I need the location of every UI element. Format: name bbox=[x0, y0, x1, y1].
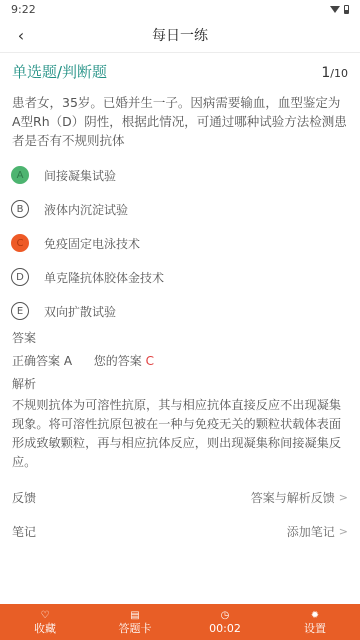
option-e[interactable]: E 双向扩散试验 bbox=[0, 294, 360, 328]
notes-action: 添加笔记 bbox=[287, 523, 335, 540]
page-title: 每日一练 bbox=[152, 25, 208, 45]
chevron-right-icon: > bbox=[339, 491, 348, 504]
feedback-row[interactable]: 反馈 答案与解析反馈 > bbox=[0, 480, 360, 514]
tab-label: 收藏 bbox=[34, 622, 56, 635]
question-current: 1 bbox=[321, 65, 330, 81]
feedback-link[interactable]: 答案与解析反馈 > bbox=[251, 489, 348, 506]
tab-label: 设置 bbox=[304, 622, 326, 635]
answer-label: 答案 bbox=[0, 328, 360, 348]
status-bar: 9:22 bbox=[0, 0, 360, 18]
status-time: 9:22 bbox=[11, 3, 36, 16]
option-text-a: 间接凝集试验 bbox=[44, 167, 116, 184]
option-a[interactable]: A 间接凝集试验 bbox=[0, 158, 360, 192]
question-counter: 1/10 bbox=[321, 65, 348, 81]
chevron-left-icon: ‹ bbox=[18, 26, 24, 45]
option-text-e: 双向扩散试验 bbox=[44, 303, 116, 320]
option-letter-d: D bbox=[11, 268, 29, 286]
notes-label: 笔记 bbox=[12, 523, 36, 540]
option-letter-c: C bbox=[11, 234, 29, 252]
question-text: 患者女，35岁。已婚并生一子。因病需要输血，血型鉴定为A型Rh（D）阴性，根据此… bbox=[0, 89, 360, 150]
option-text-d: 单克隆抗体胶体金技术 bbox=[44, 269, 164, 286]
option-list: A 间接凝集试验 B 液体内沉淀试验 C 免疫固定电泳技术 D 单克隆抗体胶体金… bbox=[0, 158, 360, 328]
tab-timer[interactable]: ◷ 00:02 bbox=[180, 604, 270, 640]
analysis-text: 不规则抗体为可溶性抗原，其与相应抗体直接反应不出现凝集现象。将可溶性抗原包被在一… bbox=[0, 394, 360, 472]
wifi-icon bbox=[330, 6, 340, 13]
analysis-label: 解析 bbox=[0, 374, 360, 394]
correct-answer-label: 正确答案 bbox=[12, 354, 60, 368]
answer-card-icon: ▤ bbox=[130, 610, 139, 622]
question-header: 单选题/判断题 1/10 bbox=[0, 53, 360, 89]
tab-answer-card[interactable]: ▤ 答题卡 bbox=[90, 604, 180, 640]
feedback-label: 反馈 bbox=[12, 489, 36, 506]
tab-favorite[interactable]: ♡ 收藏 bbox=[0, 604, 90, 640]
option-text-c: 免疫固定电泳技术 bbox=[44, 235, 140, 252]
timer-value: 00:02 bbox=[209, 622, 241, 635]
option-text-b: 液体内沉淀试验 bbox=[44, 201, 128, 218]
feedback-action: 答案与解析反馈 bbox=[251, 489, 335, 506]
bottom-bar: ♡ 收藏 ▤ 答题卡 ◷ 00:02 ✹ 设置 bbox=[0, 604, 360, 640]
status-icons bbox=[330, 5, 349, 14]
question-total: /10 bbox=[330, 67, 348, 80]
your-answer-value: C bbox=[146, 354, 154, 368]
heart-icon: ♡ bbox=[41, 610, 50, 622]
tab-settings[interactable]: ✹ 设置 bbox=[270, 604, 360, 640]
notes-link[interactable]: 添加笔记 > bbox=[287, 523, 348, 540]
back-button[interactable]: ‹ bbox=[12, 26, 30, 44]
clock-icon: ◷ bbox=[221, 610, 230, 622]
correct-answer-value: A bbox=[64, 354, 72, 368]
option-b[interactable]: B 液体内沉淀试验 bbox=[0, 192, 360, 226]
option-letter-b: B bbox=[11, 200, 29, 218]
option-letter-e: E bbox=[11, 302, 29, 320]
app-bar: ‹ 每日一练 bbox=[0, 18, 360, 53]
your-answer-label: 您的答案 bbox=[94, 354, 142, 368]
tab-label: 答题卡 bbox=[119, 622, 152, 635]
option-c[interactable]: C 免疫固定电泳技术 bbox=[0, 226, 360, 260]
answer-line: 正确答案 A 您的答案 C bbox=[0, 348, 360, 374]
chevron-right-icon: > bbox=[339, 525, 348, 538]
option-letter-a: A bbox=[11, 166, 29, 184]
question-type: 单选题/判断题 bbox=[12, 61, 107, 82]
notes-row[interactable]: 笔记 添加笔记 > bbox=[0, 514, 360, 548]
battery-icon bbox=[344, 5, 349, 14]
gear-icon: ✹ bbox=[311, 610, 319, 622]
option-d[interactable]: D 单克隆抗体胶体金技术 bbox=[0, 260, 360, 294]
